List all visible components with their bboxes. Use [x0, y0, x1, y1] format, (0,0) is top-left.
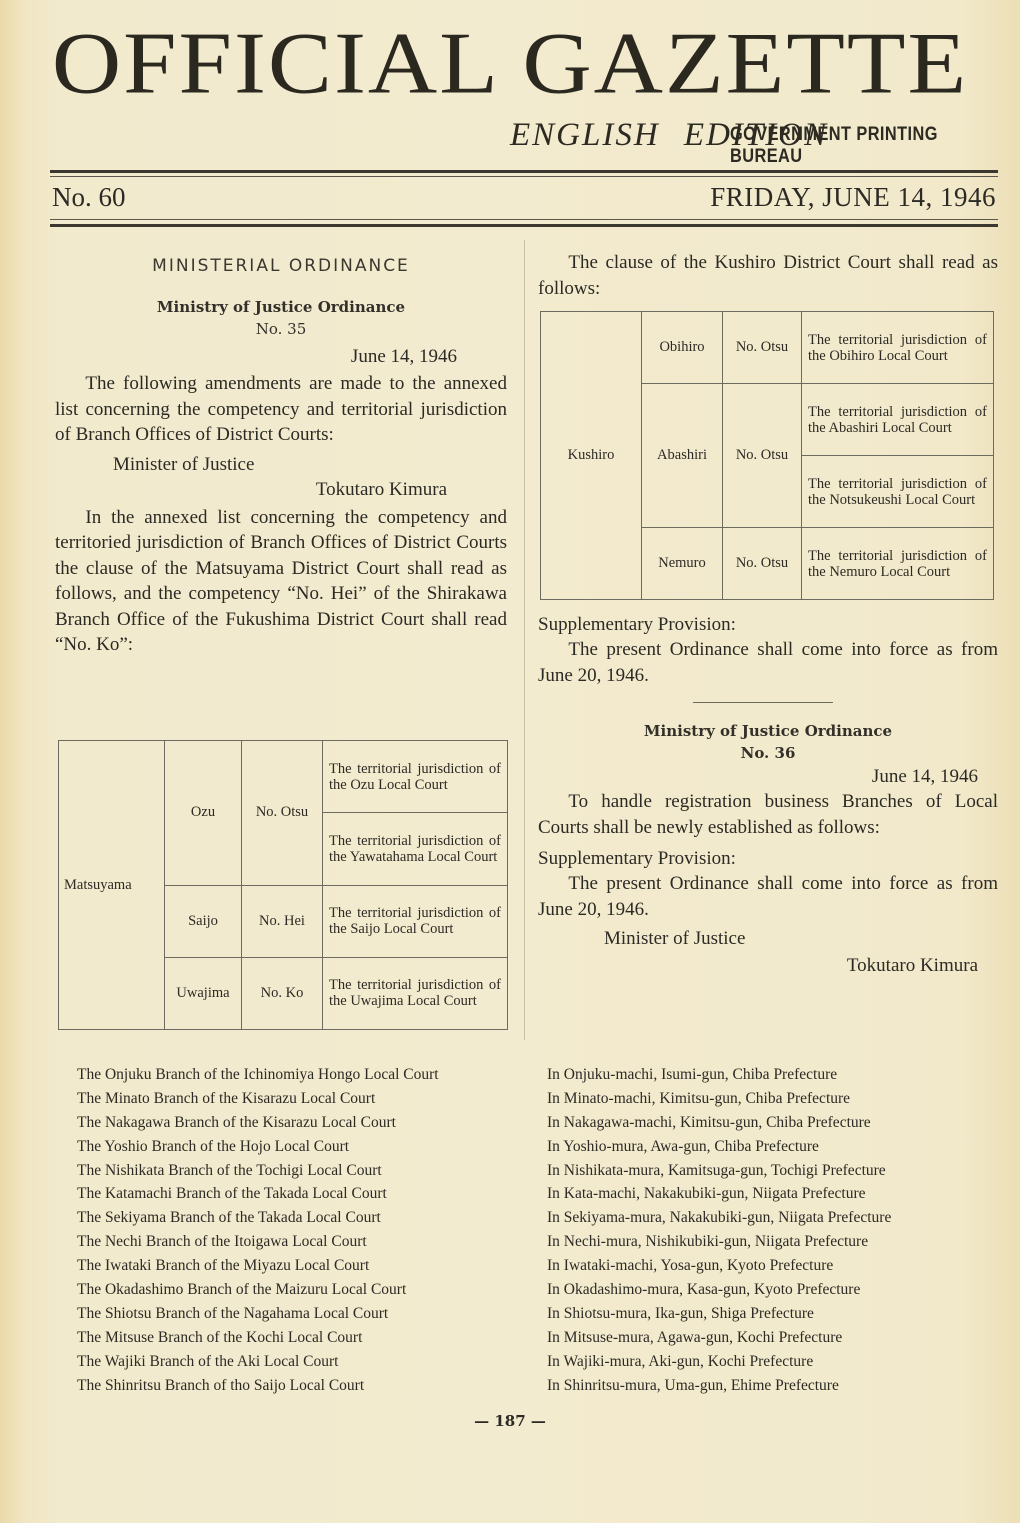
- branch-location: In Iwataki-machi, Yosa-gun, Kyoto Prefec…: [547, 1257, 1002, 1275]
- list-item: The Wajiki Branch of the Aki Local Court…: [77, 1350, 1002, 1374]
- competency-cell: No. Ko: [242, 957, 323, 1029]
- page-number: — 187 —: [0, 1412, 1020, 1430]
- branch-location: In Shinritsu-mura, Uma-gun, Ehime Prefec…: [547, 1377, 1002, 1395]
- list-item: The Nakagawa Branch of the Kisarazu Loca…: [77, 1111, 1002, 1135]
- branch-name: The Okadashimo Branch of the Maizuru Loc…: [77, 1281, 547, 1299]
- branch-location: In Sekiyama-mura, Nakakubiki-gun, Niigat…: [547, 1209, 1002, 1227]
- list-item: The Onjuku Branch of the Ichinomiya Hong…: [77, 1063, 1002, 1087]
- header-rule-bottom-thin: [50, 219, 998, 220]
- branch-name: The Nechi Branch of the Itoigawa Local C…: [77, 1233, 547, 1251]
- column-divider: [524, 240, 525, 1040]
- ordinance-35-title: Ministry of Justice Ordinance: [55, 298, 507, 316]
- branch-location: In Onjuku-machi, Isumi-gun, Chiba Prefec…: [547, 1066, 1002, 1084]
- branch-name: The Yoshio Branch of the Hojo Local Cour…: [77, 1138, 547, 1156]
- branch-name: The Sekiyama Branch of the Takada Local …: [77, 1209, 547, 1227]
- branch-name: The Wajiki Branch of the Aki Local Court: [77, 1353, 547, 1371]
- section-separator: [693, 702, 833, 703]
- competency-cell: No. Otsu: [723, 528, 802, 600]
- branch-cell: Nemuro: [642, 528, 723, 600]
- jurisdiction-cell: The territorial jurisdiction of the Ozu …: [323, 741, 508, 813]
- branch-location: In Mitsuse-mura, Agawa-gun, Kochi Prefec…: [547, 1329, 1002, 1347]
- supplementary-text: The present Ordinance shall come into fo…: [538, 637, 998, 688]
- signatory-title: Minister of Justice: [538, 926, 998, 951]
- jurisdiction-cell: The territorial jurisdiction of the Nots…: [802, 456, 994, 528]
- competency-cell: No. Otsu: [723, 384, 802, 528]
- ordinance-36-intro: To handle registration business Branches…: [538, 789, 998, 840]
- branch-name: The Shiotsu Branch of the Nagahama Local…: [77, 1305, 547, 1323]
- ordinance-35-body: In the annexed list concerning the compe…: [55, 505, 507, 658]
- ordinance-36-number: No. 36: [538, 744, 998, 762]
- branch-list: The Onjuku Branch of the Ichinomiya Hong…: [77, 1063, 1002, 1397]
- branch-cell: Abashiri: [642, 384, 723, 528]
- right-column-bottom: Supplementary Provision: The present Ord…: [538, 612, 998, 978]
- kushiro-table: Kushiro Obihiro No. Otsu The territorial…: [540, 311, 994, 600]
- competency-cell: No. Otsu: [723, 312, 802, 384]
- branch-location: In Nechi-mura, Nishikubiki-gun, Niigata …: [547, 1233, 1002, 1251]
- branch-name: The Katamachi Branch of the Takada Local…: [77, 1185, 547, 1203]
- issue-date: FRIDAY, JUNE 14, 1946: [710, 182, 996, 213]
- jurisdiction-cell: The territorial jurisdiction of the Saij…: [323, 885, 508, 957]
- signatory-title: Minister of Justice: [55, 452, 507, 477]
- issue-number: No. 60: [52, 182, 126, 213]
- gazette-title: OFFICIAL GAZETTE: [0, 19, 1020, 107]
- header-rule-bottom: [50, 224, 998, 227]
- branch-location: In Nishikata-mura, Kamitsuga-gun, Tochig…: [547, 1162, 1002, 1180]
- branch-location: In Kata-machi, Nakakubiki-gun, Niigata P…: [547, 1185, 1002, 1203]
- branch-name: The Iwataki Branch of the Miyazu Local C…: [77, 1257, 547, 1275]
- branch-name: The Shinritsu Branch of tho Saijo Local …: [77, 1377, 547, 1395]
- list-item: The Mitsuse Branch of the Kochi Local Co…: [77, 1326, 1002, 1350]
- branch-location: In Nakagawa-machi, Kimitsu-gun, Chiba Pr…: [547, 1114, 1002, 1132]
- publisher-label: GOVERNMENT PRINTING BUREAU: [730, 124, 979, 168]
- list-item: The Nechi Branch of the Itoigawa Local C…: [77, 1230, 1002, 1254]
- branch-name: The Mitsuse Branch of the Kochi Local Co…: [77, 1329, 547, 1347]
- branch-name: The Nakagawa Branch of the Kisarazu Loca…: [77, 1114, 547, 1132]
- ordinance-35-intro: The following amendments are made to the…: [55, 371, 507, 448]
- jurisdiction-cell: The territorial jurisdiction of the Yawa…: [323, 813, 508, 885]
- ordinance-36-date: June 14, 1946: [538, 764, 998, 789]
- district-cell: Kushiro: [541, 312, 642, 600]
- supplementary-text: The present Ordinance shall come into fo…: [538, 871, 998, 922]
- list-item: The Yoshio Branch of the Hojo Local Cour…: [77, 1135, 1002, 1159]
- branch-location: In Okadashimo-mura, Kasa-gun, Kyoto Pref…: [547, 1281, 1002, 1299]
- supplementary-heading: Supplementary Provision:: [538, 846, 998, 871]
- matsuyama-table: Matsuyama Ozu No. Otsu The territorial j…: [58, 740, 508, 1030]
- header-rule-top-thin: [50, 176, 998, 177]
- ordinance-35-date: June 14, 1946: [55, 344, 507, 369]
- branch-name: The Onjuku Branch of the Ichinomiya Hong…: [77, 1066, 547, 1084]
- list-item: The Sekiyama Branch of the Takada Local …: [77, 1206, 1002, 1230]
- branch-name: The Minato Branch of the Kisarazu Local …: [77, 1090, 547, 1108]
- list-item: The Shiotsu Branch of the Nagahama Local…: [77, 1302, 1002, 1326]
- header-rule-top: [50, 170, 998, 173]
- right-column-top: The clause of the Kushiro District Court…: [538, 250, 998, 301]
- branch-location: In Wajiki-mura, Aki-gun, Kochi Prefectur…: [547, 1353, 1002, 1371]
- left-column: MINISTERIAL ORDINANCE Ministry of Justic…: [55, 256, 507, 658]
- list-item: The Minato Branch of the Kisarazu Local …: [77, 1087, 1002, 1111]
- district-cell: Matsuyama: [59, 741, 165, 1030]
- jurisdiction-cell: The territorial jurisdiction of the Obih…: [802, 312, 994, 384]
- branch-location: In Minato-machi, Kimitsu-gun, Chiba Pref…: [547, 1090, 1002, 1108]
- branch-location: In Shiotsu-mura, Ika-gun, Shiga Prefectu…: [547, 1305, 1002, 1323]
- ordinance-35-number: No. 35: [55, 320, 507, 338]
- branch-cell: Obihiro: [642, 312, 723, 384]
- jurisdiction-cell: The territorial jurisdiction of the Abas…: [802, 384, 994, 456]
- list-item: The Iwataki Branch of the Miyazu Local C…: [77, 1254, 1002, 1278]
- supplementary-heading: Supplementary Provision:: [538, 612, 998, 637]
- list-item: The Shinritsu Branch of tho Saijo Local …: [77, 1374, 1002, 1398]
- kushiro-intro: The clause of the Kushiro District Court…: [538, 250, 998, 301]
- list-item: The Okadashimo Branch of the Maizuru Loc…: [77, 1278, 1002, 1302]
- branch-cell: Saijo: [165, 885, 242, 957]
- branch-cell: Uwajima: [165, 957, 242, 1029]
- competency-cell: No. Otsu: [242, 741, 323, 886]
- branch-cell: Ozu: [165, 741, 242, 886]
- branch-name: The Nishikata Branch of the Tochigi Loca…: [77, 1162, 547, 1180]
- competency-cell: No. Hei: [242, 885, 323, 957]
- jurisdiction-cell: The territorial jurisdiction of the Uwaj…: [323, 957, 508, 1029]
- ordinance-36-title: Ministry of Justice Ordinance: [538, 722, 998, 740]
- jurisdiction-cell: The territorial jurisdiction of the Nemu…: [802, 528, 994, 600]
- signatory-name: Tokutaro Kimura: [55, 477, 507, 502]
- list-item: The Nishikata Branch of the Tochigi Loca…: [77, 1159, 1002, 1183]
- signatory-name: Tokutaro Kimura: [538, 953, 998, 978]
- section-heading: MINISTERIAL ORDINANCE: [55, 256, 507, 276]
- branch-location: In Yoshio-mura, Awa-gun, Chiba Prefectur…: [547, 1138, 1002, 1156]
- list-item: The Katamachi Branch of the Takada Local…: [77, 1182, 1002, 1206]
